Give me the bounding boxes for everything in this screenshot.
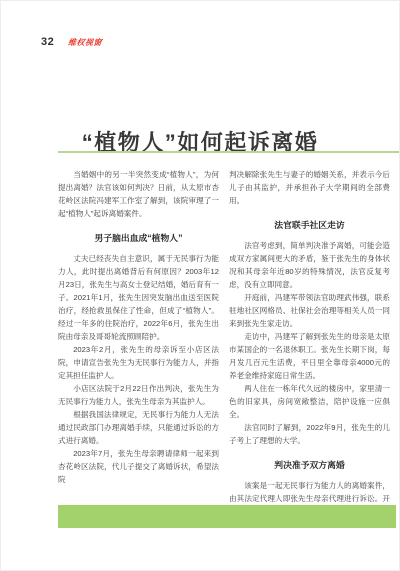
right-column: 判决解除张先生与妻子的婚姻关系，并表示今后儿子由其监护，并承担孙子大学期间的全部…: [229, 168, 390, 504]
page-header: 32 维权视窗: [41, 36, 102, 48]
bottom-green-band: [58, 505, 396, 528]
intro-paragraph: 当婚姻中的另一半突然变成“植物人”，为何提出离婚？法官该如何判决？日前，从太原市…: [58, 168, 219, 220]
section-heading-1: 男子脑出血成“植物人”: [58, 231, 219, 244]
page-number: 32: [41, 36, 54, 48]
paragraph: 两人住在一栋年代久远的楼房中，家里清一色的旧家具，房间宽敞整洁，陪护设施一应俱全…: [229, 382, 390, 421]
paragraph: 丈夫已经丧失自主意识，属于无民事行为能力人，此时提出离婚背后有何原因？2003年…: [58, 252, 219, 343]
paragraph: 走访中，冯建军了解到张先生的母亲是太原市某国企的一名退休职工。张先生长期下岗，每…: [229, 330, 390, 382]
paragraph: 根据我国法律规定，无民事行为能力人无法通过民政部门办理离婚手续，只能通过诉讼的方…: [58, 408, 219, 447]
title-underline-rule: [58, 151, 399, 153]
paragraph: 开庭前，冯建军带领法官助理武伟强，联系驻地社区网格员、社保社会治理等相关人员一同…: [229, 291, 390, 330]
paragraph: 2023年2月，张先生的母亲诉至小店区法院，申请宣告张先生为无民事行为能力人，并…: [58, 343, 219, 382]
section-heading-2: 法官联手社区走访: [229, 218, 390, 231]
paragraph: 小店区法院于2月22日作出判决，张先生为无民事行为能力人，张先生母亲为其监护人。: [58, 382, 219, 408]
left-column: 当婚姻中的另一半突然变成“植物人”，为何提出离婚？法官该如何判决？日前，从太原市…: [58, 168, 219, 504]
paragraph: 该案是一起无民事行为能力人的离婚案件，由其法定代理人即张先生母亲代理进行诉讼。开…: [229, 479, 390, 504]
paragraph: 法官考虑到，简单判决准予离婚，可能会造成双方家属间更大的矛盾，鉴于张先生的身体状…: [229, 239, 390, 291]
continuation-paragraph: 判决解除张先生与妻子的婚姻关系，并表示今后儿子由其监护，并承担孙子大学期间的全部…: [229, 168, 390, 207]
paragraph: 2023年7月，张先生母亲聘请律师一起来到杏花岭区法院，代儿子提交了离婚诉状，希…: [58, 447, 219, 486]
paragraph: 法官同时了解到，2022年9月，张先生的儿子考上了理想的大学。: [229, 421, 390, 447]
magazine-column-logo: 维权视窗: [68, 37, 103, 48]
section-heading-3: 判决准予双方离婚: [229, 458, 390, 471]
article-body: 当婚姻中的另一半突然变成“植物人”，为何提出离婚？法官该如何判决？日前，从太原市…: [58, 168, 390, 504]
magazine-page: 32 维权视窗 “植物人”如何起诉离婚 当婚姻中的另一半突然变成“植物人”，为何…: [0, 0, 400, 571]
